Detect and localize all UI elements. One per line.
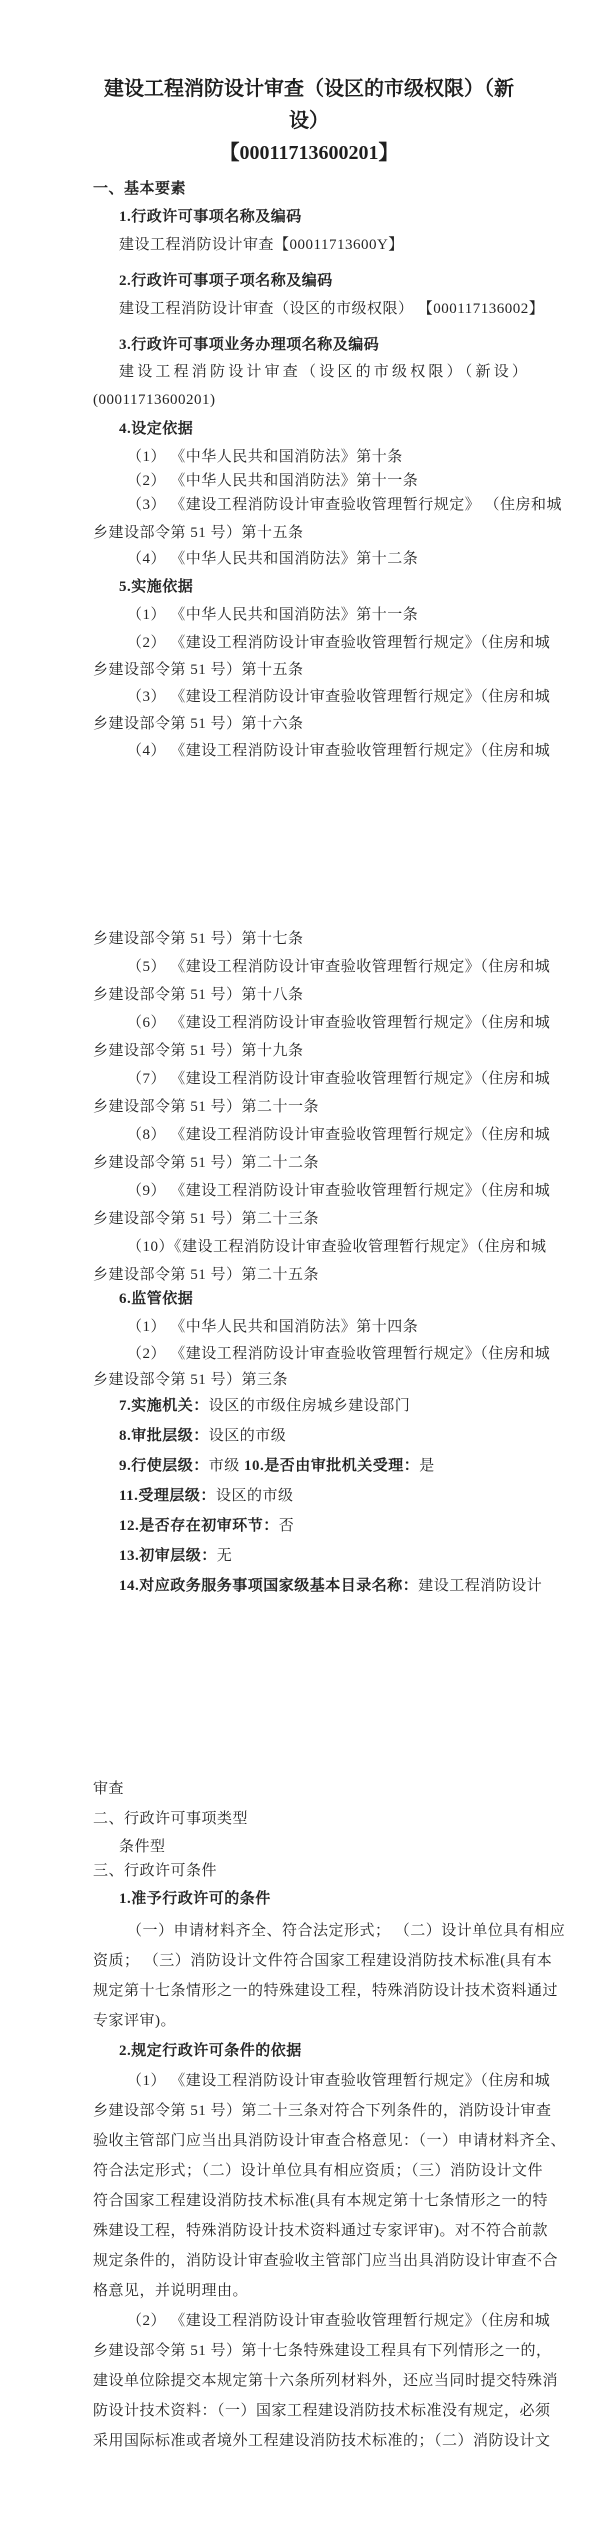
text-run-bold: 7.实施机关： [119,1398,209,1414]
text-run: 规定条件的，消防设计审查验收主管部门应当出具消防设计审查不合 [93,2253,558,2269]
text-run: 符合国家工程建设消防技术标准(具有本规定第十七条情形之一的特 [93,2193,548,2209]
text-run: （1） 《建设工程消防设计审查验收管理暂行规定》（住房和城 [127,2073,550,2089]
text-line: 防设计技术资料：（一）国家工程建设消防技术标准没有规定，必须 [93,2402,543,2421]
text-line: （10）《建设工程消防设计审查验收管理暂行规定》（住房和城 [127,1238,543,1257]
doc-title-line-2: 设） [93,108,525,134]
text-line: （2） 《中华人民共和国消防法》第十一条 [127,472,543,491]
text-run: 否 [279,1518,295,1534]
text-run: 二、行政许可事项类型 [93,1811,248,1827]
text-line: 格意见，并说明理由。 [93,2282,543,2301]
text-line: 2.规定行政许可条件的依据 [119,2042,543,2061]
text-run: 乡建设部令第 51 号）第十五条 [93,525,304,541]
text-run: 乡建设部令第 51 号）第十九条 [93,1043,304,1059]
text-run: 无 [217,1548,233,1564]
text-run: 乡建设部令第 51 号）第二十二条 [93,1155,319,1171]
text-run-bold: 1.行政许可事项名称及编码 [119,209,302,225]
text-run: 建设工程消防设计 [418,1578,542,1594]
text-line: 5.实施依据 [119,578,543,597]
text-run: （9） 《建设工程消防设计审查验收管理暂行规定》（住房和城 [127,1183,550,1199]
text-line: 建设工程消防设计审查（设区的市级权限）（新设） [119,363,543,382]
text-run: 资质； （三）消防设计文件符合国家工程建设消防技术标准(具有本 [93,1953,552,1969]
text-run-bold: 一、基本要素 [93,181,186,197]
text-run: 符合法定形式；（二）设计单位具有相应资质；（三）消防设计文件 [93,2163,543,2179]
text-run: （5） 《建设工程消防设计审查验收管理暂行规定》（住房和城 [127,959,550,975]
text-run: 设区的市级 [209,1428,287,1444]
text-run: 乡建设部令第 51 号）第二十一条 [93,1099,319,1115]
text-line: 4.设定依据 [119,420,543,439]
text-line: （2） 《建设工程消防设计审查验收管理暂行规定》（住房和城 [127,2312,543,2331]
document-page: 建设工程消防设计审查（设区的市级权限）（新 设） 【00011713600201… [0,0,600,2546]
doc-title-line-1: 建设工程消防设计审查（设区的市级权限）（新 [93,76,525,102]
text-run: 三、行政许可条件 [93,1863,217,1879]
text-line: （7） 《建设工程消防设计审查验收管理暂行规定》（住房和城 [127,1070,543,1089]
text-line: （1） 《中华人民共和国消防法》第十一条 [127,606,543,625]
text-run-bold: 1.准予行政许可的条件 [119,1891,271,1907]
text-run: （10）《建设工程消防设计审查验收管理暂行规定》（住房和城 [127,1239,547,1255]
text-run: （2） 《中华人民共和国消防法》第十一条 [127,473,418,489]
text-line: （1） 《建设工程消防设计审查验收管理暂行规定》（住房和城 [127,2072,543,2091]
text-run: （1） 《中华人民共和国消防法》第十条 [127,449,403,465]
text-line: 11.受理层级：设区的市级 [119,1487,543,1506]
text-run-bold: 13.初审层级： [119,1548,217,1564]
text-run: （一）申请材料齐全、符合法定形式； （二）设计单位具有相应 [127,1923,565,1939]
text-run: 建设工程消防设计审查【00011713600Y】 [119,237,404,253]
text-run: 乡建设部令第 51 号）第十七条 [93,931,304,947]
text-run: 乡建设部令第 51 号）第二十五条 [93,1267,319,1283]
text-line: 9.行使层级：市级 10.是否由审批机关受理：是 [119,1457,543,1476]
text-line: 6.监管依据 [119,1290,543,1309]
text-run: 格意见，并说明理由。 [93,2283,248,2299]
text-run: 乡建设部令第 51 号）第二十三条对符合下列条件的，消防设计审查 [93,2103,552,2119]
text-run: 乡建设部令第 51 号）第二十三条 [93,1211,319,1227]
text-run: 是 [419,1458,435,1474]
text-line: 乡建设部令第 51 号）第二十一条 [93,1098,543,1117]
text-run-bold: 3.行政许可事项业务办理项名称及编码 [119,337,379,353]
text-run-bold: 5.实施依据 [119,579,193,595]
text-line: （1） 《中华人民共和国消防法》第十四条 [127,1318,543,1337]
text-line: 乡建设部令第 51 号）第十六条 [93,715,543,734]
text-run: 采用国际标准或者境外工程建设消防技术标准的；（二）消防设计文 [93,2433,551,2449]
text-line: 8.审批层级：设区的市级 [119,1427,543,1446]
text-line: （一）申请材料齐全、符合法定形式； （二）设计单位具有相应 [127,1922,543,1941]
text-run-bold: 12.是否存在初审环节： [119,1518,279,1534]
text-line: （2） 《建设工程消防设计审查验收管理暂行规定》（住房和城 [127,634,543,653]
text-run: 审查 [93,1781,124,1797]
text-line: 建设单位除提交本规定第十六条所列材料外，还应当同时提交特殊消 [93,2372,543,2391]
text-run: （1） 《中华人民共和国消防法》第十四条 [127,1319,418,1335]
text-line: （4） 《建设工程消防设计审查验收管理暂行规定》（住房和城 [127,742,543,761]
text-line: 乡建设部令第 51 号）第二十五条 [93,1266,543,1285]
text-run: 建设工程消防设计审查（设区的市级权限）（新设） [119,364,530,380]
text-run: 乡建设部令第 51 号）第十五条 [93,662,304,678]
text-line: 符合国家工程建设消防技术标准(具有本规定第十七条情形之一的特 [93,2192,543,2211]
text-line: （2） 《建设工程消防设计审查验收管理暂行规定》（住房和城 [127,1345,543,1364]
text-line: 2.行政许可事项子项名称及编码 [119,272,543,291]
text-run: （2） 《建设工程消防设计审查验收管理暂行规定》（住房和城 [127,1346,550,1362]
text-run: 市级 [209,1458,244,1474]
text-run-bold: 8.审批层级： [119,1428,209,1444]
text-run: （1） 《中华人民共和国消防法》第十一条 [127,607,418,623]
text-line: 乡建设部令第 51 号）第十九条 [93,1042,543,1061]
text-line: 1.行政许可事项名称及编码 [119,208,543,227]
text-line: 7.实施机关：设区的市级住房城乡建设部门 [119,1397,543,1416]
text-line: 建设工程消防设计审查【00011713600Y】 [119,236,543,255]
text-line: 乡建设部令第 51 号）第十五条 [93,524,543,543]
text-run: （2） 《建设工程消防设计审查验收管理暂行规定》（住房和城 [127,635,550,651]
text-line: （9） 《建设工程消防设计审查验收管理暂行规定》（住房和城 [127,1182,543,1201]
text-run: 规定第十七条情形之一的特殊建设工程，特殊消防设计技术资料通过 [93,1983,558,1999]
text-run-bold: 4.设定依据 [119,421,193,437]
text-run: 设区的市级住房城乡建设部门 [209,1398,411,1414]
text-line: 殊建设工程，特殊消防设计技术资料通过专家评审)。对不符合前款 [93,2222,543,2241]
text-line: （5） 《建设工程消防设计审查验收管理暂行规定》（住房和城 [127,958,543,977]
text-line: 规定条件的，消防设计审查验收主管部门应当出具消防设计审查不合 [93,2252,543,2271]
text-line: 审查 [93,1780,543,1799]
text-run: （8） 《建设工程消防设计审查验收管理暂行规定》（住房和城 [127,1127,550,1143]
text-run-bold: 2.行政许可事项子项名称及编码 [119,273,333,289]
text-line: 一、基本要素 [93,180,543,199]
text-line: 专家评审)。 [93,2012,543,2031]
text-run: 验收主管部门应当出具消防设计审查合格意见：（一）申请材料齐全、 [93,2133,566,2149]
text-line: （1） 《中华人民共和国消防法》第十条 [127,448,543,467]
text-line: 乡建设部令第 51 号）第三条 [93,1371,543,1390]
doc-title-code: 【00011713600201】 [93,140,525,166]
text-run: 防设计技术资料：（一）国家工程建设消防技术标准没有规定，必须 [93,2403,551,2419]
text-run: （2） 《建设工程消防设计审查验收管理暂行规定》（住房和城 [127,2313,550,2329]
text-line: 建设工程消防设计审查（设区的市级权限） 【000117136002】 [119,300,543,319]
text-line: 条件型 [119,1838,543,1857]
text-line: 资质； （三）消防设计文件符合国家工程建设消防技术标准(具有本 [93,1952,543,1971]
text-line: （4） 《中华人民共和国消防法》第十二条 [127,550,543,569]
text-run: 乡建设部令第 51 号）第十七条特殊建设工程具有下列情形之一的， [93,2343,552,2359]
text-run: （3） 《建设工程消防设计审查验收管理暂行规定》 （住房和城 [127,497,562,513]
text-line: 规定第十七条情形之一的特殊建设工程，特殊消防设计技术资料通过 [93,1982,543,2001]
text-run: （3） 《建设工程消防设计审查验收管理暂行规定》（住房和城 [127,689,550,705]
text-line: 12.是否存在初审环节：否 [119,1517,543,1536]
text-run: （6） 《建设工程消防设计审查验收管理暂行规定》（住房和城 [127,1015,550,1031]
text-run-bold: 2.规定行政许可条件的依据 [119,2043,302,2059]
text-run-bold: 6.监管依据 [119,1291,193,1307]
text-run: 条件型 [119,1839,166,1855]
text-line: 乡建设部令第 51 号）第十七条 [93,930,543,949]
text-line: 二、行政许可事项类型 [93,1810,543,1829]
text-line: （3） 《建设工程消防设计审查验收管理暂行规定》 （住房和城 [127,496,543,515]
text-run: 建设工程消防设计审查（设区的市级权限） 【000117136002】 [119,301,544,317]
text-line: (00011713600201) [93,391,543,410]
text-line: 乡建设部令第 51 号）第二十二条 [93,1154,543,1173]
text-line: 3.行政许可事项业务办理项名称及编码 [119,336,543,355]
text-line: 三、行政许可条件 [93,1862,543,1881]
text-run-bold: 14.对应政务服务事项国家级基本目录名称： [119,1578,418,1594]
text-run: 专家评审)。 [93,2013,176,2029]
text-line: 13.初审层级：无 [119,1547,543,1566]
text-line: 1.准予行政许可的条件 [119,1890,543,1909]
text-run: 乡建设部令第 51 号）第三条 [93,1372,288,1388]
text-run-bold: 9.行使层级： [119,1458,209,1474]
text-run: 乡建设部令第 51 号）第十八条 [93,987,304,1003]
text-run: 设区的市级 [216,1488,294,1504]
text-line: 14.对应政务服务事项国家级基本目录名称：建设工程消防设计 [119,1577,543,1596]
text-run: 乡建设部令第 51 号）第十六条 [93,716,304,732]
text-line: 乡建设部令第 51 号）第二十三条 [93,1210,543,1229]
text-run-bold: 11.受理层级： [119,1488,216,1504]
text-line: 乡建设部令第 51 号）第十七条特殊建设工程具有下列情形之一的， [93,2342,543,2361]
text-line: 验收主管部门应当出具消防设计审查合格意见：（一）申请材料齐全、 [93,2132,543,2151]
text-run: （7） 《建设工程消防设计审查验收管理暂行规定》（住房和城 [127,1071,550,1087]
text-line: （8） 《建设工程消防设计审查验收管理暂行规定》（住房和城 [127,1126,543,1145]
text-line: （3） 《建设工程消防设计审查验收管理暂行规定》（住房和城 [127,688,543,707]
text-line: 乡建设部令第 51 号）第十五条 [93,661,543,680]
text-line: 乡建设部令第 51 号）第十八条 [93,986,543,1005]
text-line: 符合法定形式；（二）设计单位具有相应资质；（三）消防设计文件 [93,2162,543,2181]
text-run: 建设单位除提交本规定第十六条所列材料外，还应当同时提交特殊消 [93,2373,558,2389]
text-line: 乡建设部令第 51 号）第二十三条对符合下列条件的，消防设计审查 [93,2102,543,2121]
text-run: （4） 《中华人民共和国消防法》第十二条 [127,551,418,567]
text-line: 采用国际标准或者境外工程建设消防技术标准的；（二）消防设计文 [93,2432,543,2451]
text-run: 殊建设工程，特殊消防设计技术资料通过专家评审)。对不符合前款 [93,2223,548,2239]
text-run-bold: 10.是否由审批机关受理： [244,1458,419,1474]
text-run: （4） 《建设工程消防设计审查验收管理暂行规定》（住房和城 [127,743,550,759]
text-line: （6） 《建设工程消防设计审查验收管理暂行规定》（住房和城 [127,1014,543,1033]
text-run: (00011713600201) [93,392,215,408]
